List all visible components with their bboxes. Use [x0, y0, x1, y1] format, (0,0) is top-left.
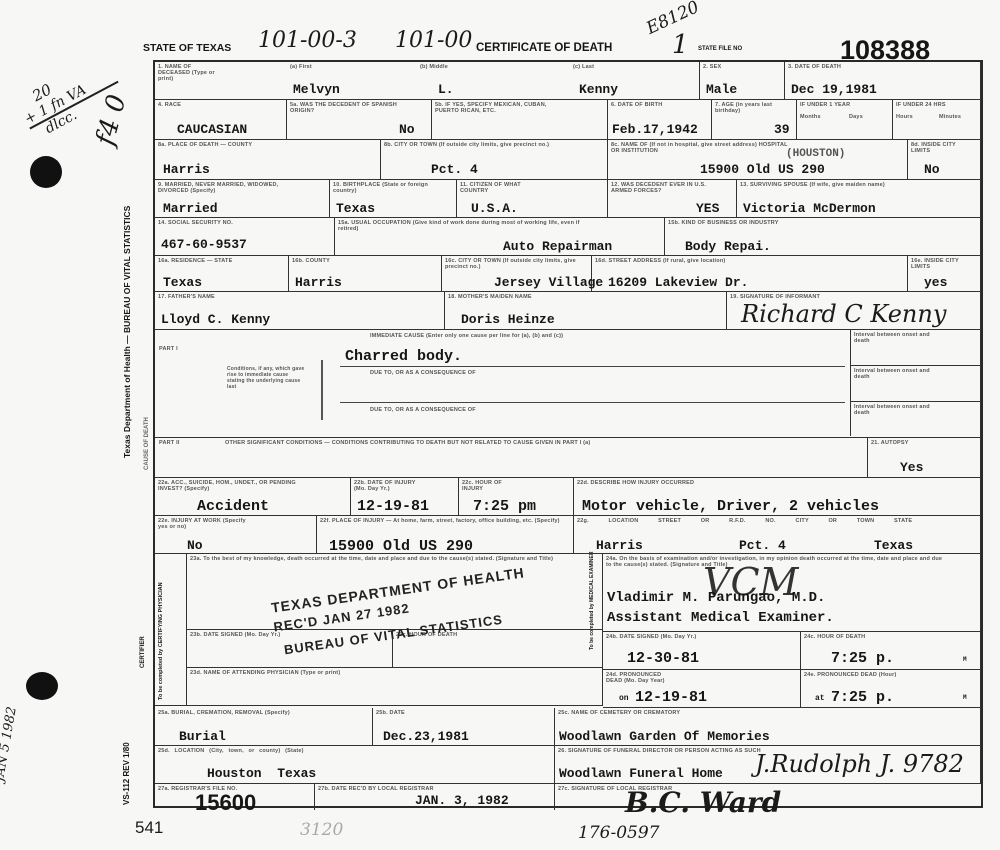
field-disposition-location: 25d. LOCATION (City, town, or county) (S…: [155, 746, 555, 784]
date-of-death-value: Dec 19,1981: [791, 82, 877, 97]
punch-hole-bottom: [26, 672, 58, 700]
pronounced-date-value: 12-19-81: [635, 689, 707, 706]
bottom-note-1: 541: [135, 818, 163, 838]
date-of-death-label: 3. DATE OF DEATH: [788, 64, 841, 70]
industry-value: Body Repai.: [685, 239, 771, 254]
residence-street-label: 16d. STREET ADDRESS (If rural, give loca…: [595, 258, 725, 264]
injury-description-value: Motor vehicle, Driver, 2 vehicles: [582, 498, 879, 515]
injury-at-work-value: No: [187, 538, 203, 553]
field-injury-date: 22b. DATE OF INJURY (Mo. Day Yr.) 12-19-…: [351, 478, 459, 516]
injury-hour-label: 22c. HOUR OF INJURY: [462, 480, 512, 492]
armed-forces-value: YES: [696, 201, 719, 216]
part-2-label: PART II: [159, 440, 180, 446]
field-residence-state: 16a. RESIDENCE — STATE Texas: [155, 256, 289, 292]
race-label: 4. RACE: [158, 102, 181, 108]
registrar-no-value: 15600: [195, 790, 256, 816]
name-label: 1. NAME OF DECEASED (Type or print): [158, 64, 218, 82]
field-injury-location: 22g. LOCATION STREET OR R.F.D. NO. CITY …: [574, 516, 981, 554]
middle-name: L.: [438, 82, 454, 97]
spanish-origin-label: 5a. WAS THE DECEDENT OF SPANISH ORIGIN?: [290, 102, 400, 114]
margin-date-stamp: JAN 5 1982: [0, 706, 20, 783]
residence-county-label: 16b. COUNTY: [292, 258, 330, 264]
pronounced-date-label: 24d. PRONOUNCED DEAD (Mo. Day Year): [606, 672, 666, 684]
field-citizenship: 11. CITIZEN OF WHAT COUNTRY U.S.A.: [457, 180, 608, 218]
hospital-value: 15900 Old US 290: [700, 162, 825, 177]
funeral-director-signature: J.Rudolph J. 9782: [755, 750, 964, 778]
punch-hole-top: [30, 156, 62, 188]
interval-column: Interval between onset and death Interva…: [850, 330, 981, 436]
injury-location-state: Texas: [874, 538, 913, 553]
examiner-hour-suffix: M: [963, 656, 967, 663]
first-label: (a) First: [290, 64, 312, 70]
disposition-date-value: Dec.23,1981: [383, 729, 469, 744]
funeral-director-value: Woodlawn Funeral Home: [559, 766, 723, 781]
city-of-death-label: 8b. CITY OR TOWN (If outside city limits…: [384, 142, 584, 148]
injury-place-label: 22f. PLACE OF INJURY — At home, farm, st…: [320, 518, 560, 524]
autopsy-value: Yes: [900, 460, 923, 475]
citizen-value: U.S.A.: [471, 201, 518, 216]
field-injury-description: 22d. DESCRIBE HOW INJURY OCCURRED Motor …: [574, 478, 981, 516]
manner-value: Accident: [197, 498, 269, 515]
field-date-of-death: 3. DATE OF DEATH Dec 19,1981: [785, 62, 981, 100]
cause-part-1: PART I IMMEDIATE CAUSE (Enter only one c…: [155, 330, 981, 438]
field-injury-at-work: 22e. INJURY AT WORK (Specify yes or no) …: [155, 516, 317, 554]
marital-label: 9. MARRIED, NEVER MARRIED, WIDOWED, DIVO…: [158, 182, 308, 194]
certificate-title: CERTIFICATE OF DEATH: [476, 42, 612, 54]
date-received-label: 27b. DATE REC'D BY LOCAL REGISTRAR: [318, 786, 434, 792]
registrar-signature: B.C. Ward: [625, 786, 781, 819]
spouse-label: 13. SURVIVING SPOUSE (If wife, give maid…: [740, 182, 885, 188]
conditions-note: Conditions, if any, which gave rise to i…: [227, 366, 305, 390]
field-spanish-origin: 5a. WAS THE DECEDENT OF SPANISH ORIGIN? …: [287, 100, 432, 140]
county-of-death-label: 8a. PLACE OF DEATH — COUNTY: [158, 142, 252, 148]
field-industry: 15b. KIND OF BUSINESS OR INDUSTRY Body R…: [665, 218, 981, 256]
residence-inside-value: yes: [924, 275, 947, 290]
mother-value: Doris Heinze: [461, 312, 555, 327]
hours-label: Hours: [896, 114, 913, 120]
cemetery-label: 25c. NAME OF CEMETERY OR CREMATORY: [558, 710, 680, 716]
examiner-name: Vladimir M. Parungao, M.D.: [607, 590, 825, 606]
interval-divider-1: [851, 365, 981, 366]
date-of-birth-value: Feb.17,1942: [612, 122, 698, 137]
under-1-day-label: IF UNDER 24 HRS: [896, 102, 946, 108]
residence-state-label: 16a. RESIDENCE — STATE: [158, 258, 233, 264]
field-father-name: 17. FATHER'S NAME Lloyd C. Kenny: [155, 292, 445, 330]
disposition-method-label: 25a. BURIAL, CREMATION, REMOVAL (Specify…: [158, 710, 290, 716]
cause-part-2: PART II OTHER SIGNIFICANT CONDITIONS — C…: [155, 438, 868, 478]
field-surviving-spouse: 13. SURVIVING SPOUSE (If wife, give maid…: [737, 180, 981, 218]
months-label: Months: [800, 114, 821, 120]
residence-state-value: Texas: [163, 275, 202, 290]
certificate-form: 1. NAME OF DECEASED (Type or print) (a) …: [153, 60, 983, 808]
examiner-hour-of-death: 24c. HOUR OF DEATH 7:25 p. M: [801, 632, 981, 670]
injury-location-city: Pct. 4: [739, 538, 786, 553]
field-ssn: 14. SOCIAL SECURITY NO. 467-60-9537: [155, 218, 335, 256]
armed-forces-label: 12. WAS DECEDENT EVER IN U.S. ARMED FORC…: [611, 182, 721, 194]
physician-date-signed-label: 23b. DATE SIGNED (Mo. Day Yr.): [190, 632, 280, 638]
hospital-annotation: (HOUSTON): [786, 148, 845, 160]
pronounced-date-prefix: on: [619, 694, 629, 703]
field-county-of-death: 8a. PLACE OF DEATH — COUNTY Harris: [155, 140, 381, 180]
interval-divider-2: [851, 401, 981, 402]
minutes-label: Minutes: [939, 114, 961, 120]
date-of-birth-label: 6. DATE OF BIRTH: [611, 102, 662, 108]
examiner-hour-value: 7:25 p.: [831, 650, 894, 667]
field-funeral-director: 26. SIGNATURE OF FUNERAL DIRECTOR OR PER…: [555, 746, 981, 784]
city-of-death-value: Pct. 4: [431, 162, 478, 177]
residence-city-value: Jersey Village: [494, 275, 603, 290]
field-informant-signature: 19. SIGNATURE OF INFORMANT Richard C Ken…: [727, 292, 981, 330]
field-manner-of-death: 22a. ACC., SUICIDE, HOM., UNDET., OR PEN…: [155, 478, 351, 516]
field-age: 7. AGE (in years last birthday) 39: [712, 100, 797, 140]
manner-label: 22a. ACC., SUICIDE, HOM., UNDET., OR PEN…: [158, 480, 308, 492]
field-birthplace: 10. BIRTHPLACE (State or foreign country…: [330, 180, 457, 218]
residence-inside-label: 16e. INSIDE CITY LIMITS: [911, 258, 971, 270]
occupation-label: 15a. USUAL OCCUPATION (Give kind of work…: [338, 220, 588, 232]
citizen-label: 11. CITIZEN OF WHAT COUNTRY: [460, 182, 550, 194]
industry-label: 15b. KIND OF BUSINESS OR INDUSTRY: [668, 220, 779, 226]
part-2-text-label: OTHER SIGNIFICANT CONDITIONS — CONDITION…: [225, 440, 590, 446]
handwritten-mark: 1: [672, 30, 689, 60]
interval-label-a: Interval between onset and death: [854, 332, 934, 344]
spanish-specify-label: 5b. IF YES, SPECIFY MEXICAN, CUBAN, PUER…: [435, 102, 555, 114]
immediate-cause-label: IMMEDIATE CAUSE (Enter only one cause pe…: [370, 333, 563, 339]
father-label: 17. FATHER'S NAME: [158, 294, 215, 300]
field-hospital: 8c. NAME OF (If not in hospital, give st…: [608, 140, 908, 180]
injury-location-label: 22g. LOCATION STREET OR R.F.D. NO. CITY …: [577, 518, 912, 524]
injury-at-work-label: 22e. INJURY AT WORK (Specify yes or no): [158, 518, 248, 530]
cemetery-value: Woodlawn Garden Of Memories: [559, 729, 770, 744]
injury-hour-value: 7:25 pm: [473, 498, 536, 515]
county-of-death-value: Harris: [163, 162, 210, 177]
certifier-left-column: [155, 554, 187, 706]
bottom-note-3: 176-0597: [578, 823, 659, 843]
field-registrar-signature: 27c. SIGNATURE OF LOCAL REGISTRAR B.C. W…: [555, 784, 981, 810]
field-autopsy: 21. AUTOPSY Yes: [868, 438, 981, 478]
disposition-location-label: 25d. LOCATION (City, town, or county) (S…: [158, 748, 304, 754]
residence-county-value: Harris: [295, 275, 342, 290]
interval-label-c: Interval between onset and death: [854, 404, 934, 416]
field-residence-city: 16c. CITY OR TOWN (If outside city limit…: [442, 256, 592, 292]
examiner-date-signed-label: 24b. DATE SIGNED (Mo. Day Yr.): [606, 634, 696, 640]
father-value: Lloyd C. Kenny: [161, 312, 270, 327]
state-title: STATE OF TEXAS: [143, 42, 231, 54]
conditions-bracket: [321, 360, 323, 420]
sex-value: Male: [706, 82, 737, 97]
field-armed-forces: 12. WAS DECEDENT EVER IN U.S. ARMED FORC…: [608, 180, 737, 218]
birthplace-value: Texas: [336, 201, 375, 216]
age-value: 39: [774, 122, 790, 137]
disposition-method-value: Burial: [179, 729, 226, 744]
attending-physician: 23d. NAME OF ATTENDING PHYSICIAN (Type o…: [187, 668, 603, 706]
field-disposition-date: 25b. DATE Dec.23,1981: [373, 708, 555, 746]
examiner-date-signed-value: 12-30-81: [627, 650, 699, 667]
disposition-location-value: Houston Texas: [207, 766, 316, 781]
last-name: Kenny: [579, 82, 618, 97]
field-registrar-file-no: 27a. REGISTRAR'S FILE NO. 15600: [155, 784, 315, 810]
bottom-note-2: 3120: [300, 820, 343, 840]
cause-side-label: CAUSE OF DEATH: [144, 417, 150, 470]
occupation-value: Auto Repairman: [503, 239, 612, 254]
inside-city-label: 8d. INSIDE CITY LIMITS: [911, 142, 971, 154]
last-label: (c) Last: [573, 64, 594, 70]
hospital-label: 8c. NAME OF (If not in hospital, give st…: [611, 142, 791, 154]
injury-date-value: 12-19-81: [357, 498, 429, 515]
cause-b-line: [340, 402, 845, 403]
physician-cert-label: 23a. To the best of my knowledge, death …: [190, 556, 570, 562]
field-sex: 2. SEX Male: [700, 62, 785, 100]
birthplace-label: 10. BIRTHPLACE (State or foreign country…: [333, 182, 433, 194]
pronounced-hour-label: 24e. PRONOUNCED DEAD (Hour): [804, 672, 897, 678]
interval-label-b: Interval between onset and death: [854, 368, 934, 380]
field-residence-street: 16d. STREET ADDRESS (If rural, give loca…: [592, 256, 908, 292]
field-occupation: 15a. USUAL OCCUPATION (Give kind of work…: [335, 218, 665, 256]
examiner-date-signed: 24b. DATE SIGNED (Mo. Day Yr.) 12-30-81: [603, 632, 801, 670]
field-injury-hour: 22c. HOUR OF INJURY 7:25 pm: [459, 478, 574, 516]
field-residence-county: 16b. COUNTY Harris: [289, 256, 442, 292]
field-under-1-year: IF UNDER 1 YEAR Months Days: [797, 100, 893, 140]
date-received-value: JAN. 3, 1982: [415, 793, 509, 808]
pronounced-hour-value: 7:25 p.: [831, 689, 894, 706]
inside-city-value: No: [924, 162, 940, 177]
marital-value: Married: [163, 201, 218, 216]
injury-date-label: 22b. DATE OF INJURY (Mo. Day Yr.): [354, 480, 424, 492]
field-date-received: 27b. DATE REC'D BY LOCAL REGISTRAR JAN. …: [315, 784, 555, 810]
funeral-director-label: 26. SIGNATURE OF FUNERAL DIRECTOR OR PER…: [558, 748, 761, 754]
handwritten-code-2: 101-00: [395, 28, 472, 53]
state-file-label: STATE FILE NO: [698, 46, 742, 52]
days-label: Days: [849, 114, 863, 120]
field-city-of-death: 8b. CITY OR TOWN (If outside city limits…: [381, 140, 608, 180]
due-to-label-a: DUE TO, OR AS A CONSEQUENCE OF: [370, 370, 476, 376]
under-1-year-label: IF UNDER 1 YEAR: [800, 102, 850, 108]
field-inside-city-limits: 8d. INSIDE CITY LIMITS No: [908, 140, 981, 180]
field-marital-status: 9. MARRIED, NEVER MARRIED, WIDOWED, DIVO…: [155, 180, 330, 218]
residence-city-label: 16c. CITY OR TOWN (If outside city limit…: [445, 258, 585, 270]
field-spanish-specify: 5b. IF YES, SPECIFY MEXICAN, CUBAN, PUER…: [432, 100, 608, 140]
field-date-of-birth: 6. DATE OF BIRTH Feb.17,1942: [608, 100, 712, 140]
injury-place-value: 15900 Old US 290: [329, 538, 473, 555]
field-under-1-day: IF UNDER 24 HRS Hours Minutes: [893, 100, 981, 140]
spanish-origin-value: No: [399, 122, 415, 137]
ssn-label: 14. SOCIAL SECURITY NO.: [158, 220, 233, 226]
injury-description-label: 22d. DESCRIBE HOW INJURY OCCURRED: [577, 480, 694, 486]
spouse-value: Victoria McDermon: [743, 201, 876, 216]
mother-label: 18. MOTHER'S MAIDEN NAME: [448, 294, 532, 300]
form-number: VS-112 REV 1/80: [122, 742, 131, 805]
certifier-side-label: CERTIFIER: [140, 636, 146, 668]
attending-physician-label: 23d. NAME OF ATTENDING PHYSICIAN (Type o…: [190, 670, 340, 676]
part-1-label: PART I: [159, 346, 178, 352]
due-to-label-b: DUE TO, OR AS A CONSEQUENCE OF: [370, 407, 476, 413]
field-mother-name: 18. MOTHER'S MAIDEN NAME Doris Heinze: [445, 292, 727, 330]
handwritten-code-1: 101-00-3: [258, 28, 357, 53]
pronounced-hour-prefix: at: [815, 694, 825, 703]
department-side-label: Texas Department of Health — BUREAU OF V…: [122, 206, 132, 458]
examiner-title: Assistant Medical Examiner.: [607, 610, 834, 626]
autopsy-label: 21. AUTOPSY: [871, 440, 909, 446]
cause-a-line: [340, 366, 845, 367]
examiner-certification: 24a. On the basis of examination and/or …: [603, 554, 981, 632]
field-disposition-method: 25a. BURIAL, CREMATION, REMOVAL (Specify…: [155, 708, 373, 746]
first-name: Melvyn: [293, 82, 340, 97]
injury-location-county: Harris: [596, 538, 643, 553]
field-injury-place: 22f. PLACE OF INJURY — At home, farm, st…: [317, 516, 574, 554]
disposition-date-label: 25b. DATE: [376, 710, 405, 716]
middle-label: (b) Middle: [420, 64, 448, 70]
field-residence-inside-city: 16e. INSIDE CITY LIMITS yes: [908, 256, 981, 292]
examiner-hour-label: 24c. HOUR OF DEATH: [804, 634, 865, 640]
cause-a-value: Charred body.: [345, 348, 462, 365]
sex-label: 2. SEX: [703, 64, 721, 70]
ssn-value: 467-60-9537: [161, 237, 247, 252]
field-name: 1. NAME OF DECEASED (Type or print) (a) …: [155, 62, 700, 100]
age-label: 7. AGE (in years last birthday): [715, 102, 775, 114]
race-value: CAUCASIAN: [177, 122, 247, 137]
examiner-pronounced-date: 24d. PRONOUNCED DEAD (Mo. Day Year) on 1…: [603, 670, 801, 708]
pronounced-hour-suffix: M: [963, 694, 967, 701]
examiner-pronounced-hour: 24e. PRONOUNCED DEAD (Hour) at 7:25 p. M: [801, 670, 981, 708]
field-cemetery: 25c. NAME OF CEMETERY OR CREMATORY Woodl…: [555, 708, 981, 746]
field-race: 4. RACE CAUCASIAN: [155, 100, 287, 140]
informant-signature: Richard C Kenny: [741, 300, 946, 328]
residence-street-value: 16209 Lakeview Dr.: [608, 275, 748, 290]
